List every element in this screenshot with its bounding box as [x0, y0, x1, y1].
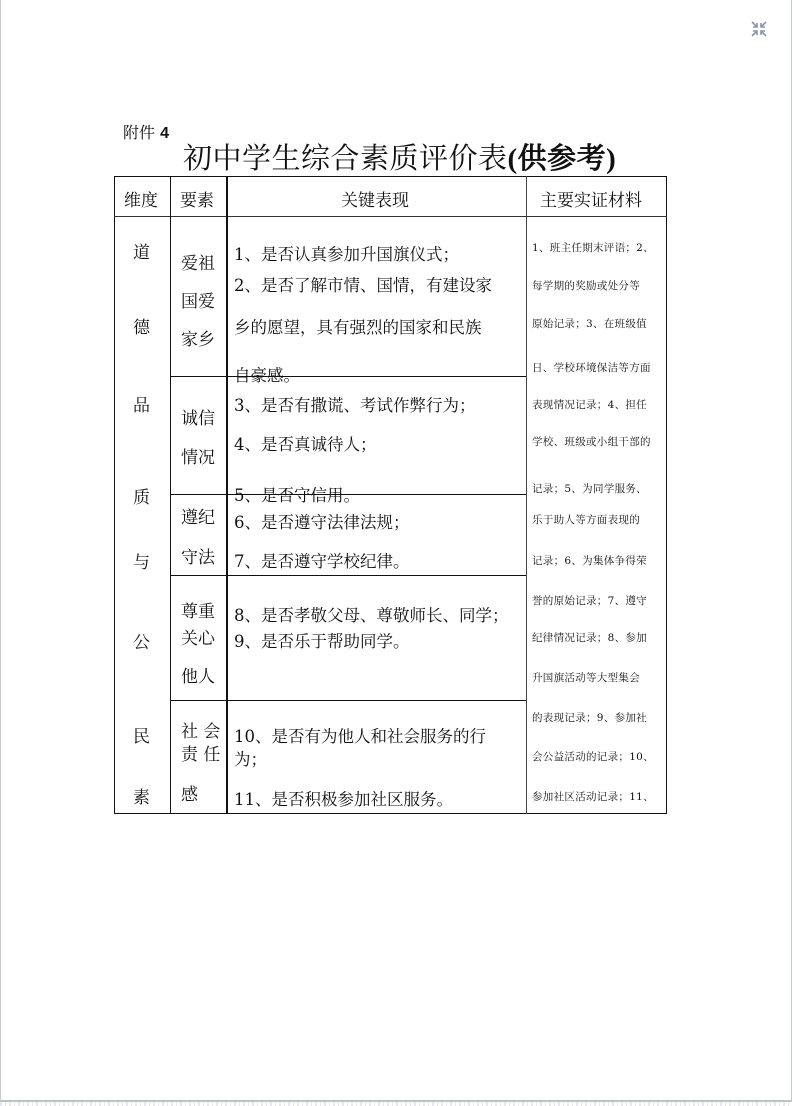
table-border-left — [114, 176, 115, 814]
evidence-line: 誉的原始记录；7、遵守 — [532, 593, 647, 608]
evidence-line: 日、学校环境保洁等方面 — [532, 360, 651, 375]
table-border-top — [114, 176, 667, 177]
element-label: 国爱 — [181, 292, 215, 313]
table-border-bottom — [114, 813, 667, 814]
performance-item: 5、是否守信用。 — [234, 482, 360, 506]
evidence-line: 学校、班级或小组干部的 — [532, 434, 651, 449]
dimension-char: 素 — [133, 783, 150, 808]
column-divider-3 — [526, 176, 527, 814]
evidence-line: 乐于助人等方面表现的 — [532, 512, 640, 527]
element-label: 尊重 — [181, 602, 215, 623]
evidence-line: 参加社区活动记录；11、 — [532, 789, 654, 804]
element-label: 守法 — [181, 548, 215, 569]
column-divider-1 — [170, 176, 171, 814]
attachment-number: 4 — [160, 125, 169, 142]
row-divider-4 — [170, 700, 526, 701]
column-divider-2 — [226, 176, 228, 814]
evidence-line: 的表现记录；9、参加社 — [532, 710, 647, 725]
performance-item: 9、是否乐于帮助同学。 — [234, 628, 410, 652]
element-label: 责 任 — [181, 745, 220, 766]
evidence-line: 会公益活动的记录；10、 — [532, 749, 654, 764]
element-label: 诚信 — [181, 409, 215, 430]
header-dimension: 维度 — [124, 186, 158, 211]
performance-item: 乡的愿望，具有强烈的国家和民族 — [234, 314, 482, 338]
title-suffix: (供参考) — [508, 143, 617, 175]
evidence-line: 记录；6、为集体争得荣 — [532, 553, 647, 568]
performance-item: 4、是否真诚待人； — [234, 431, 377, 455]
element-label: 遵纪 — [181, 508, 215, 529]
header-element: 要素 — [180, 186, 214, 211]
performance-item: 6、是否遵守法律法规； — [234, 509, 410, 533]
performance-item: 3、是否有撒谎、考试作弊行为； — [234, 392, 476, 416]
performance-item: 10、是否有为他人和社会服务的行 — [234, 723, 486, 747]
element-label: 他人 — [181, 667, 215, 688]
page-title: 初中学生综合素质评价表(供参考) — [183, 136, 616, 177]
dimension-char: 品 — [133, 391, 150, 416]
performance-item: 11、是否积极参加社区服务。 — [234, 786, 453, 810]
evidence-line: 纪律情况记录；8、参加 — [532, 630, 647, 645]
evidence-line: 升国旗活动等大型集会 — [532, 670, 640, 685]
header-evidence: 主要实证材料 — [540, 186, 642, 211]
element-label: 社 会 — [181, 722, 220, 743]
attachment-label-text: 附件 — [123, 123, 155, 142]
attachment-label: 附件 4 — [123, 120, 169, 143]
page-bottom-edge — [0, 1102, 792, 1106]
evidence-line: 1、班主任期末评语；2、 — [532, 240, 654, 255]
dimension-char: 公 — [133, 628, 150, 653]
collapse-arrows-icon[interactable] — [750, 20, 768, 38]
evidence-line: 每学期的奖励或处分等 — [532, 278, 640, 293]
element-label: 感 — [181, 785, 198, 806]
dimension-char: 德 — [133, 313, 150, 338]
performance-item: 1、是否认真参加升国旗仪式； — [234, 241, 459, 265]
row-divider-1 — [170, 376, 526, 377]
performance-item: 8、是否孝敬父母、尊敬师长、同学； — [234, 602, 509, 626]
row-divider-3 — [170, 575, 526, 576]
dimension-char: 民 — [133, 722, 150, 747]
performance-item: 2、是否了解市情、国情，有建设家 — [234, 272, 492, 296]
evidence-line: 表现情况记录；4、担任 — [532, 397, 647, 412]
dimension-char: 道 — [133, 238, 150, 263]
header-key-performance: 关键表现 — [341, 186, 409, 211]
header-divider — [114, 216, 667, 217]
evidence-line: 记录；5、为同学服务、 — [532, 481, 647, 496]
dimension-char: 质 — [133, 483, 150, 508]
dimension-char: 与 — [133, 548, 150, 573]
performance-item: 7、是否遵守学校纪律。 — [234, 548, 410, 572]
element-label: 爱祖 — [181, 254, 215, 275]
element-label: 情况 — [181, 448, 215, 469]
element-label: 关心 — [181, 629, 215, 650]
title-main: 初中学生综合素质评价表 — [183, 141, 508, 175]
element-label: 家乡 — [181, 330, 215, 351]
table-border-right — [666, 176, 667, 814]
evidence-line: 原始记录；3、在班级值 — [532, 316, 647, 331]
performance-item: 自豪感。 — [234, 362, 300, 386]
performance-item: 为； — [234, 746, 267, 770]
